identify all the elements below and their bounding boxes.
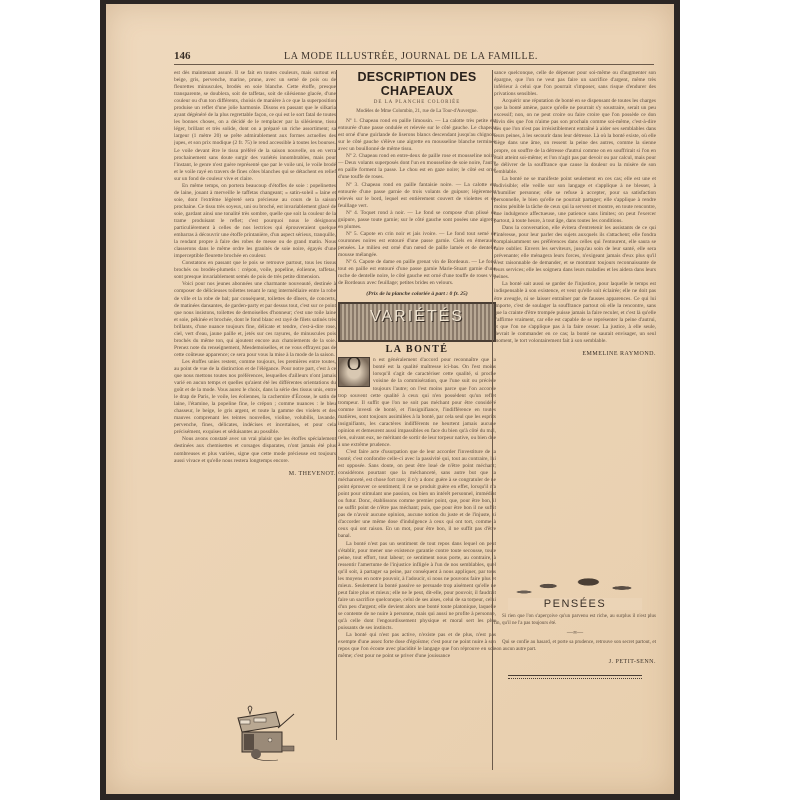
pensees-section: PENSÉES Si rien que l'on s'aperçoive qu'… — [494, 570, 656, 679]
pensee-quote: Si rien que l'on s'aperçoive qu'un parve… — [494, 614, 656, 627]
ornament-rule — [508, 675, 642, 679]
page-number: 146 — [174, 50, 191, 62]
paragraph: En même temps, on portera beaucoup d'éto… — [174, 183, 336, 261]
middle-column: DESCRIPTION DES CHAPEAUX DE LA PLANCHE C… — [338, 70, 496, 760]
paragraph: Constatons en passant que le pois se ret… — [174, 260, 336, 281]
hat-description: Nº 1. Chapeau rond en paille limousin. —… — [338, 118, 496, 153]
article-paragraph: La bonté ne se manifeste point seulement… — [494, 176, 656, 225]
pensee-quote: Qui se confie au hasard, et porte sa pru… — [494, 640, 656, 653]
paragraph: Nous avons constaté avec un vrai plaisir… — [174, 436, 336, 464]
article-paragraph: Acquérir une réputation de bonté en se d… — [494, 98, 656, 176]
hat-description: Nº 3. Chapeau rond en paille fantaisie n… — [338, 182, 496, 210]
article-title: LA BONTÉ — [338, 346, 496, 353]
pensees-label: PENSÉES — [508, 598, 642, 610]
article-paragraph: La bonté n'est pas un sentiment de tout … — [338, 541, 496, 633]
article-paragraph: C'est faire acte d'usurpation que de leu… — [338, 449, 496, 541]
ornament-divider: —∞— — [494, 630, 656, 636]
description-subtitle: DE LA PLANCHE COLORIÉE — [338, 99, 496, 106]
paragraph: Voici pour nos jeunes abonnées une charm… — [174, 281, 336, 359]
hat-description: Nº 2. Chapeau rond en entre-deux de pail… — [338, 153, 496, 181]
article-paragraph: Dans la conversation, elle évitera d'ent… — [494, 225, 656, 281]
dropcap-ornament: O — [338, 357, 370, 387]
paragraph: Les étoffes unies restent, comme toujour… — [174, 359, 336, 437]
hat-description: Nº 4. Toquet rond à noir. — Le fond se c… — [338, 210, 496, 231]
signature-raymond: EMMELINE RAYMOND. — [494, 351, 656, 358]
models-line: Modèles de Mme Colombin, 21, rue de La T… — [338, 108, 496, 115]
description-title: DESCRIPTION DES CHAPEAUX — [338, 70, 496, 98]
price-note: (Prix de la planche coloriée à part : 0 … — [338, 291, 496, 298]
journal-page: 146 LA MODE ILLUSTRÉE, JOURNAL DE LA FAM… — [106, 4, 674, 794]
column-rule — [336, 70, 337, 740]
journal-title: LA MODE ILLUSTRÉE, JOURNAL DE LA FAMILLE… — [284, 51, 538, 62]
running-header: 146 LA MODE ILLUSTRÉE, JOURNAL DE LA FAM… — [174, 50, 654, 65]
pensees-banner-flowers: PENSÉES — [508, 570, 642, 610]
column-rule — [492, 70, 493, 770]
dropcap-letter: O — [339, 361, 369, 368]
varietes-banner: VARIÉTÉS — [338, 302, 496, 342]
right-column: sance quelconque, celle de dépenser pour… — [494, 70, 656, 590]
paragraph: est dès maintenant assuré. Il se fait en… — [174, 70, 336, 183]
hat-description: Nº 6. Capote de dame en paille grenat vi… — [338, 259, 496, 287]
left-column: est dès maintenant assuré. Il se fait en… — [174, 70, 336, 720]
article-paragraph: La bonté qui n'est pas active, n'existe … — [338, 632, 496, 660]
trunk-illustration — [226, 704, 306, 764]
pensee-author: J. PETIT-SENN. — [494, 659, 656, 665]
hat-description: Nº 5. Capote en crin noir et jais ivoire… — [338, 231, 496, 259]
varietes-label: VARIÉTÉS — [340, 313, 494, 320]
signature-thevenot: M. THEVENOT. — [174, 471, 336, 478]
article-paragraph: sance quelconque, celle de dépenser pour… — [494, 70, 656, 98]
article-paragraph: La bonté sait aussi se garder de l'injus… — [494, 281, 656, 344]
